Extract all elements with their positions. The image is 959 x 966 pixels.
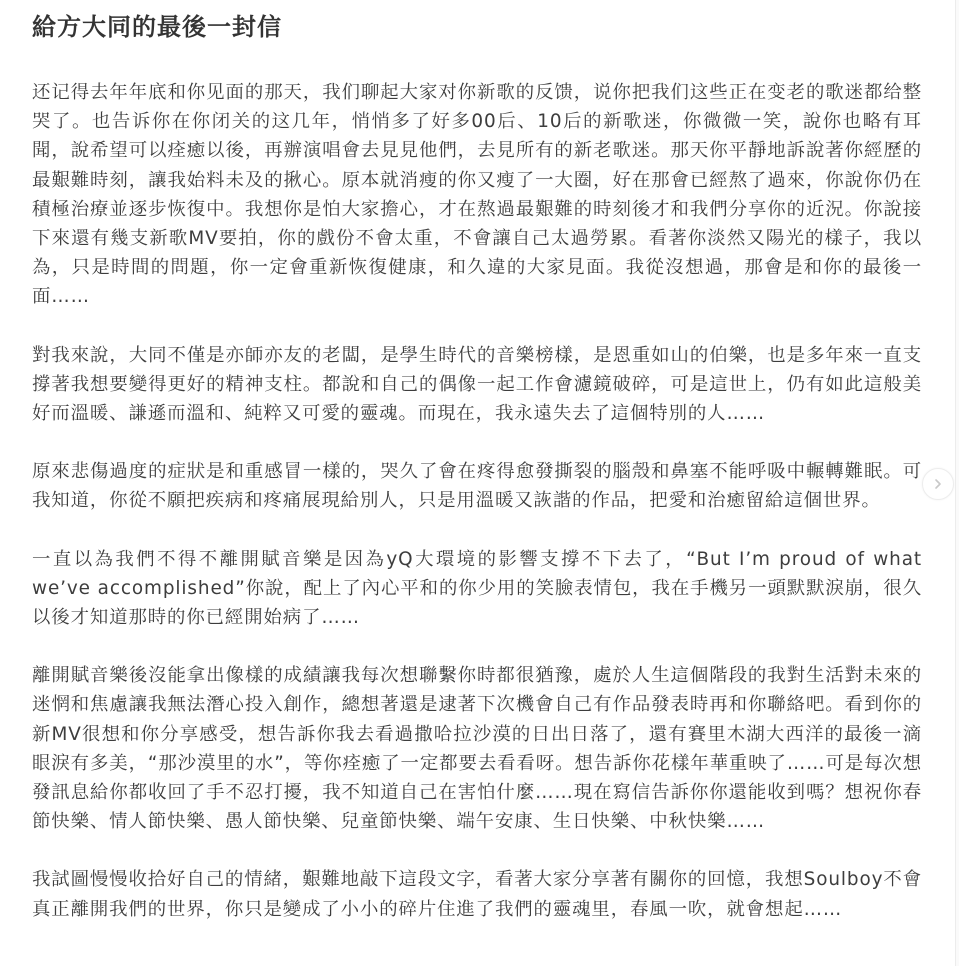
paragraph-4: 一直以為我們不得不離開賦音樂是因為yQ大環境的影響支撐不下去了，“But I’m… — [32, 545, 922, 633]
carousel-next-button[interactable] — [922, 468, 954, 500]
article-title: 給方大同的最後一封信 — [32, 10, 282, 44]
chevron-right-icon — [932, 478, 944, 490]
paragraph-3: 原來悲傷過度的症狀是和重感冒一樣的，哭久了會在疼得愈發撕裂的腦殼和鼻塞不能呼吸中… — [32, 457, 922, 515]
paragraph-2: 對我來說，大同不僅是亦師亦友的老闆，是學生時代的音樂榜樣，是恩重如山的伯樂，也是… — [32, 341, 922, 429]
paragraph-6: 我試圖慢慢收拾好自己的情緒，艱難地敲下這段文字，看著大家分享著有關你的回憶，我想… — [32, 865, 922, 923]
letter-page: 給方大同的最後一封信 还记得去年年底和你见面的那天，我们聊起大家对你新歌的反馈，… — [0, 0, 955, 966]
paragraph-1: 还记得去年年底和你见面的那天，我们聊起大家对你新歌的反馈，说你把我们这些正在变老… — [32, 78, 922, 312]
article-body: 还记得去年年底和你见面的那天，我们聊起大家对你新歌的反馈，说你把我们这些正在变老… — [32, 78, 922, 953]
paragraph-5: 離開賦音樂後沒能拿出像樣的成績讓我每次想聯繫你時都很猶豫，處於人生這個階段的我對… — [32, 661, 922, 836]
